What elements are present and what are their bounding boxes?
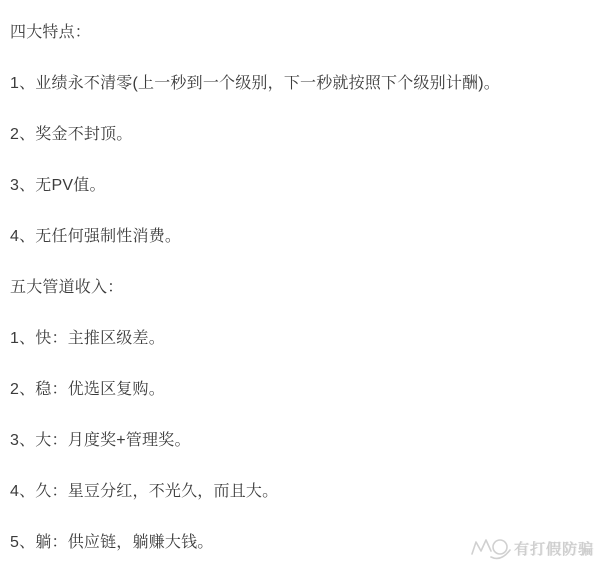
income-item-1: 1、快：主推区级差。 [10, 326, 586, 352]
feature-item-3: 3、无PV值。 [10, 173, 586, 199]
watermark-text: 有打假防骗 [514, 538, 594, 559]
income-item-3: 3、大：月度奖+管理奖。 [10, 428, 586, 454]
anti-scam-brand-logo-icon [470, 533, 512, 563]
feature-item-2: 2、奖金不封顶。 [10, 122, 586, 148]
income-channels-heading: 五大管道收入： [10, 275, 586, 301]
watermark: 有打假防骗 [470, 533, 594, 563]
features-heading: 四大特点： [10, 20, 586, 46]
article-body: 四大特点： 1、业绩永不清零(上一秒到一个级别，下一秒就按照下个级别计酬)。 2… [0, 0, 598, 556]
feature-item-4: 4、无任何强制性消费。 [10, 224, 586, 250]
feature-item-1: 1、业绩永不清零(上一秒到一个级别，下一秒就按照下个级别计酬)。 [10, 71, 586, 97]
income-item-4: 4、久：星豆分红，不光久，而且大。 [10, 479, 586, 505]
income-item-2: 2、稳：优选区复购。 [10, 377, 586, 403]
